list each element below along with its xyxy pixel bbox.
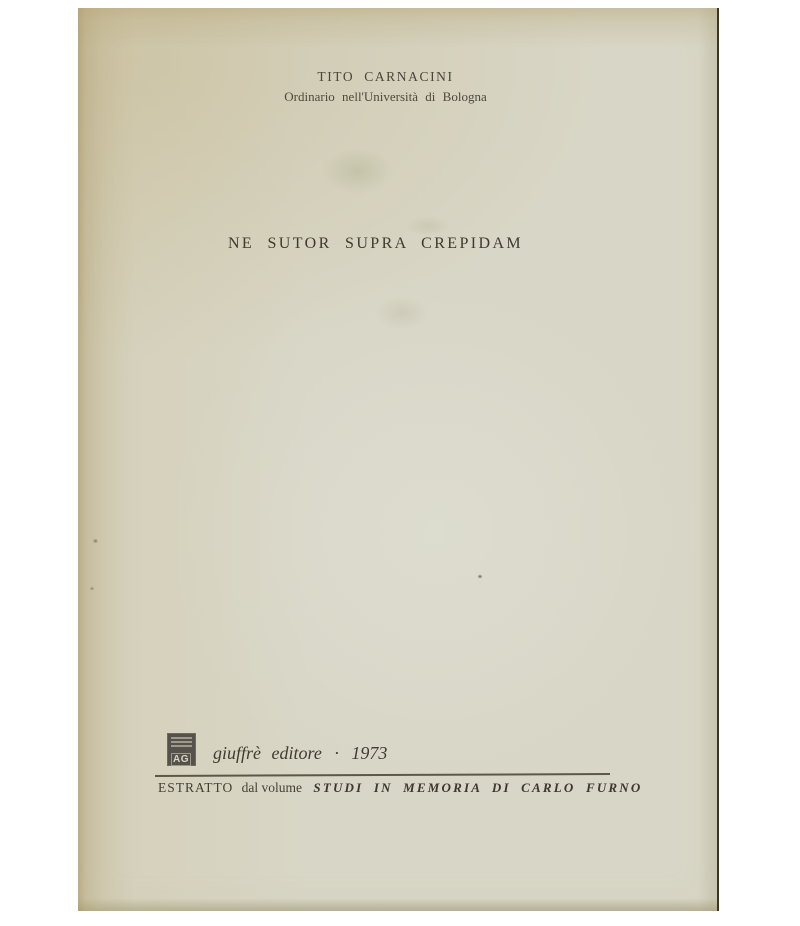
author-name: TITO CARNACINI <box>78 68 693 85</box>
stain-mark <box>366 290 438 336</box>
horizontal-rule <box>155 773 610 777</box>
author-affiliation: Ordinario nell'Università di Bologna <box>78 89 693 105</box>
estratto-label: ESTRATTO <box>158 780 233 795</box>
separator-dot: · <box>332 743 341 763</box>
publisher-name: giuffrè editore <box>213 743 322 763</box>
logo-monogram: AG <box>171 753 191 766</box>
logo-stripe <box>171 737 192 739</box>
stain-mark <box>310 140 405 202</box>
giuffre-publisher-logo: AG <box>167 733 196 766</box>
estratto-line: ESTRATTO dal volume STUDI IN MEMORIA DI … <box>158 780 642 796</box>
estratto-connector: dal volume <box>242 780 302 795</box>
logo-stripe <box>171 741 192 743</box>
volume-title: STUDI IN MEMORIA DI CARLO FURNO <box>313 780 642 795</box>
binding-mark <box>89 586 95 591</box>
author-block: TITO CARNACINI Ordinario nell'Università… <box>78 68 693 105</box>
publication-year: 1973 <box>351 743 387 763</box>
scanned-page: TITO CARNACINI Ordinario nell'Università… <box>78 8 719 911</box>
logo-stripe <box>171 745 192 747</box>
binding-mark <box>92 538 99 544</box>
ink-speck <box>477 574 483 579</box>
publisher-line: giuffrè editore · 1973 <box>213 743 387 764</box>
page-title: NE SUTOR SUPRA CREPIDAM <box>78 235 673 253</box>
